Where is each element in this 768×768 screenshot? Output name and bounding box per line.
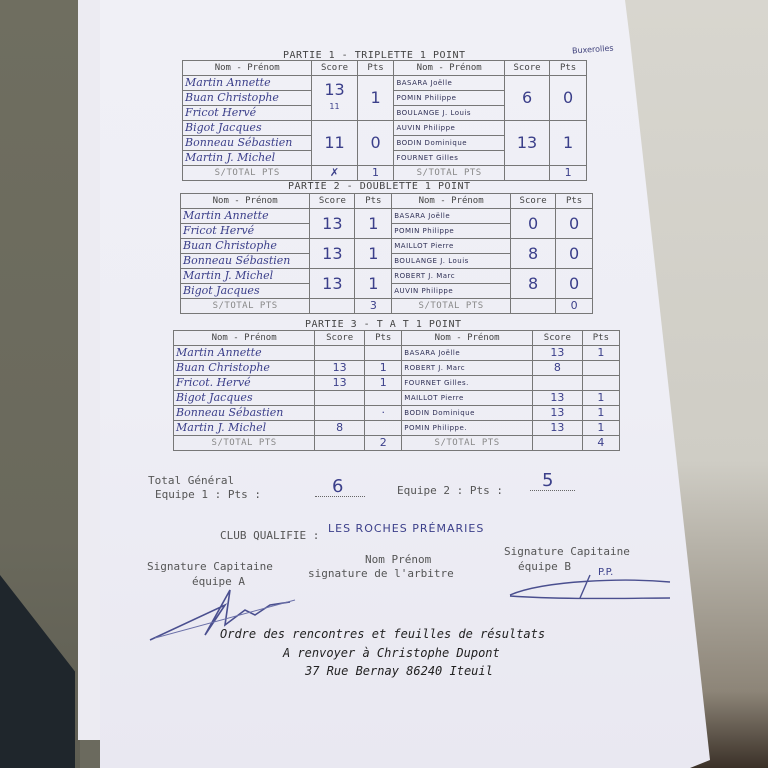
team2-score: 0 <box>510 209 555 239</box>
team1-total-value: 6 <box>332 476 343 497</box>
table-row: Buan Christophe 13 1 MAILLOT Pierre 8 0 <box>181 239 593 254</box>
footer-line-1: Ordre des rencontres et feuilles de résu… <box>220 627 545 641</box>
table-header-row: Nom - Prénom Score Pts Nom - Prénom Scor… <box>181 194 593 209</box>
col-header: Score <box>310 194 355 209</box>
col-header: Score <box>504 61 549 76</box>
table-row: Martin Annette 1311 1 BASARA Joëlle 6 0 <box>183 76 587 91</box>
team2-score: 13 <box>532 391 582 406</box>
club-qualified-value: LES ROCHES PRÉMARIES <box>328 522 484 535</box>
team2-pts: 1 <box>582 421 619 436</box>
team2-score: 6 <box>504 76 549 121</box>
player-name: Martin Annette <box>174 346 315 361</box>
footer-line-2: A renvoyer à Christophe Dupont <box>283 646 500 660</box>
team2-pts: 1 <box>582 391 619 406</box>
team1-score: 13 <box>310 239 355 269</box>
referee-label: Nom Prénom <box>365 553 431 566</box>
player-name: Martin J. Michel <box>181 269 310 284</box>
table-row: Buan Christophe131ROBERT J. Marc8 <box>174 361 620 376</box>
captain-a-label: Signature Capitaine <box>147 560 273 573</box>
team1-score <box>315 406 365 421</box>
team1-pts: 1 <box>357 76 394 121</box>
team2-subtotal: 4 <box>582 436 619 451</box>
team2-score: 13 <box>532 421 582 436</box>
subtotal-label: S/TOTAL PTS <box>183 166 312 181</box>
table-row: Martin AnnetteBASARA Joëlle131 <box>174 346 620 361</box>
player-name: Buan Christophe <box>174 361 315 376</box>
col-header: Pts <box>556 194 593 209</box>
referee-signature-label: signature de l'arbitre <box>308 567 454 580</box>
team2-score: 8 <box>510 239 555 269</box>
player-name: BOULANGE J. Louis <box>394 106 504 121</box>
team1-pts: 0 <box>357 121 394 166</box>
player-name: FOURNET Gilles. <box>402 376 533 391</box>
player-name: Bonneau Sébastien <box>174 406 315 421</box>
subtotal-label: S/TOTAL PTS <box>181 299 310 314</box>
col-header: Nom - Prénom <box>392 194 511 209</box>
player-name: Fricot Hervé <box>183 106 312 121</box>
col-header: Score <box>315 331 365 346</box>
team1-score: 1311 <box>312 76 357 121</box>
subtotal-row: S/TOTAL PTS ✗ 1 S/TOTAL PTS 1 <box>183 166 587 181</box>
player-name: Bigot Jacques <box>181 284 310 299</box>
col-header: Score <box>532 331 582 346</box>
player-name: Bigot Jacques <box>174 391 315 406</box>
footer-line-3: 37 Rue Bernay 86240 Iteuil <box>305 664 493 678</box>
partie-3-title: PARTIE 3 - T A T 1 POINT <box>305 319 462 330</box>
player-name: Martin Annette <box>181 209 310 224</box>
team1-subtotal: 2 <box>365 436 402 451</box>
captain-b-signature <box>505 570 675 605</box>
player-name: AUVIN Philippe <box>392 284 511 299</box>
player-name: ROBERT J. Marc <box>392 269 511 284</box>
team1-score: 11 <box>312 121 357 166</box>
col-header: Pts <box>582 331 619 346</box>
player-name: Fricot Hervé <box>181 224 310 239</box>
table-row: Bigot JacquesMAILLOT Pierre131 <box>174 391 620 406</box>
team1-pts <box>365 391 402 406</box>
table-row: Bigot Jacques 11 0 AUVIN Philippe 13 1 <box>183 121 587 136</box>
player-name: POMIN Philippe. <box>402 421 533 436</box>
team2-score: 8 <box>532 361 582 376</box>
team1-score: 13 <box>310 209 355 239</box>
subtotal-label: S/TOTAL PTS <box>394 166 504 181</box>
col-header: Nom - Prénom <box>402 331 533 346</box>
col-header: Nom - Prénom <box>183 61 312 76</box>
subtotal-label: S/TOTAL PTS <box>174 436 315 451</box>
player-name: Bigot Jacques <box>183 121 312 136</box>
col-header: Pts <box>550 61 587 76</box>
team2-score: 8 <box>510 269 555 299</box>
player-name: BODIN Dominique <box>402 406 533 421</box>
subtotal-row: S/TOTAL PTS 2 S/TOTAL PTS 4 <box>174 436 620 451</box>
col-header: Pts <box>357 61 394 76</box>
team1-pts <box>365 346 402 361</box>
team1-subtotal: 1 <box>357 166 394 181</box>
table-header-row: Nom - Prénom Score Pts Nom - Prénom Scor… <box>174 331 620 346</box>
player-name: Buan Christophe <box>183 91 312 106</box>
team2-pts: 1 <box>550 121 587 166</box>
team1-score: 8 <box>315 421 365 436</box>
subtotal-label: S/TOTAL PTS <box>392 299 511 314</box>
total-general-label: Total Général <box>148 474 234 487</box>
team2-score: 13 <box>532 406 582 421</box>
player-name: Martin J. Michel <box>174 421 315 436</box>
player-name: BOULANGE J. Louis <box>392 254 511 269</box>
player-name: Fricot. Hervé <box>174 376 315 391</box>
team1-pts: 1 <box>365 361 402 376</box>
player-name: FOURNET Gilles <box>394 151 504 166</box>
player-name: BODIN Dominique <box>394 136 504 151</box>
col-header: Nom - Prénom <box>181 194 310 209</box>
team2-pts: 1 <box>582 406 619 421</box>
table-row: Martin Annette 13 1 BASARA Joëlle 0 0 <box>181 209 593 224</box>
team1-pts: 1 <box>355 269 392 299</box>
team1-total-label: Equipe 1 : Pts : <box>155 488 261 501</box>
player-name: MAILLOT Pierre <box>392 239 511 254</box>
col-header: Pts <box>365 331 402 346</box>
player-name: Bonneau Sébastien <box>183 136 312 151</box>
partie-2-title: PARTIE 2 - DOUBLETTE 1 POINT <box>288 181 471 192</box>
team1-pts <box>365 421 402 436</box>
team2-pts: 0 <box>556 269 593 299</box>
player-name: BASARA Joëlle <box>402 346 533 361</box>
team2-total-dotted-line <box>530 490 575 491</box>
team2-score: 13 <box>504 121 549 166</box>
table-row: Fricot. Hervé131FOURNET Gilles. <box>174 376 620 391</box>
team1-score: 13 <box>315 361 365 376</box>
player-name: Martin J. Michel <box>183 151 312 166</box>
player-name: MAILLOT Pierre <box>402 391 533 406</box>
team1-score: 13 <box>310 269 355 299</box>
team1-pts: 1 <box>355 209 392 239</box>
team1-score: 13 <box>315 376 365 391</box>
team2-total-value: 5 <box>542 470 553 491</box>
col-header: Nom - Prénom <box>174 331 315 346</box>
player-name: Bonneau Sébastien <box>181 254 310 269</box>
team2-pts: 0 <box>556 209 593 239</box>
team2-pts: 0 <box>556 239 593 269</box>
team1-total-dotted-line <box>315 496 365 497</box>
col-header: Pts <box>355 194 392 209</box>
table-row: Martin J. Michel 13 1 ROBERT J. Marc 8 0 <box>181 269 593 284</box>
results-sheet: Buxerolles PARTIE 1 - TRIPLETTE 1 POINT … <box>100 0 710 768</box>
team2-score <box>532 376 582 391</box>
partie-1-table: Nom - Prénom Score Pts Nom - Prénom Scor… <box>182 60 587 181</box>
player-name: Buan Christophe <box>181 239 310 254</box>
team2-pts <box>582 361 619 376</box>
team2-pts <box>582 376 619 391</box>
player-name: POMIN Philippe <box>392 224 511 239</box>
player-name: BASARA Joëlle <box>394 76 504 91</box>
col-header: Score <box>312 61 357 76</box>
player-name: ROBERT J. Marc <box>402 361 533 376</box>
team2-subtotal: 0 <box>556 299 593 314</box>
player-name: POMIN Philippe <box>394 91 504 106</box>
team1-pts: 1 <box>355 239 392 269</box>
team1-score <box>315 346 365 361</box>
player-name: BASARA Joëlle <box>392 209 511 224</box>
team2-subtotal: 1 <box>550 166 587 181</box>
team1-pts: 1 <box>365 376 402 391</box>
partie-2-table: Nom - Prénom Score Pts Nom - Prénom Scor… <box>180 193 593 314</box>
table-row: Martin J. Michel8POMIN Philippe.131 <box>174 421 620 436</box>
team1-pts: · <box>365 406 402 421</box>
captain-b-label: Signature Capitaine <box>504 545 630 558</box>
col-header: Nom - Prénom <box>394 61 504 76</box>
club-header: Buxerolles <box>572 44 614 56</box>
table-row: Bonneau Sébastien·BODIN Dominique131 <box>174 406 620 421</box>
team1-subtotal: 3 <box>355 299 392 314</box>
team1-score <box>315 391 365 406</box>
subtotal-label: S/TOTAL PTS <box>402 436 533 451</box>
club-qualified-label: CLUB QUALIFIE : <box>220 529 319 542</box>
team2-pts: 0 <box>550 76 587 121</box>
team2-pts: 1 <box>582 346 619 361</box>
team2-score: 13 <box>532 346 582 361</box>
team2-total-label: Equipe 2 : Pts : <box>397 484 503 497</box>
col-header: Score <box>510 194 555 209</box>
player-name: Martin Annette <box>183 76 312 91</box>
partie-3-table: Nom - Prénom Score Pts Nom - Prénom Scor… <box>173 330 620 451</box>
player-name: AUVIN Philippe <box>394 121 504 136</box>
subtotal-score-mark: ✗ <box>312 166 357 181</box>
subtotal-row: S/TOTAL PTS 3 S/TOTAL PTS 0 <box>181 299 593 314</box>
table-header-row: Nom - Prénom Score Pts Nom - Prénom Scor… <box>183 61 587 76</box>
